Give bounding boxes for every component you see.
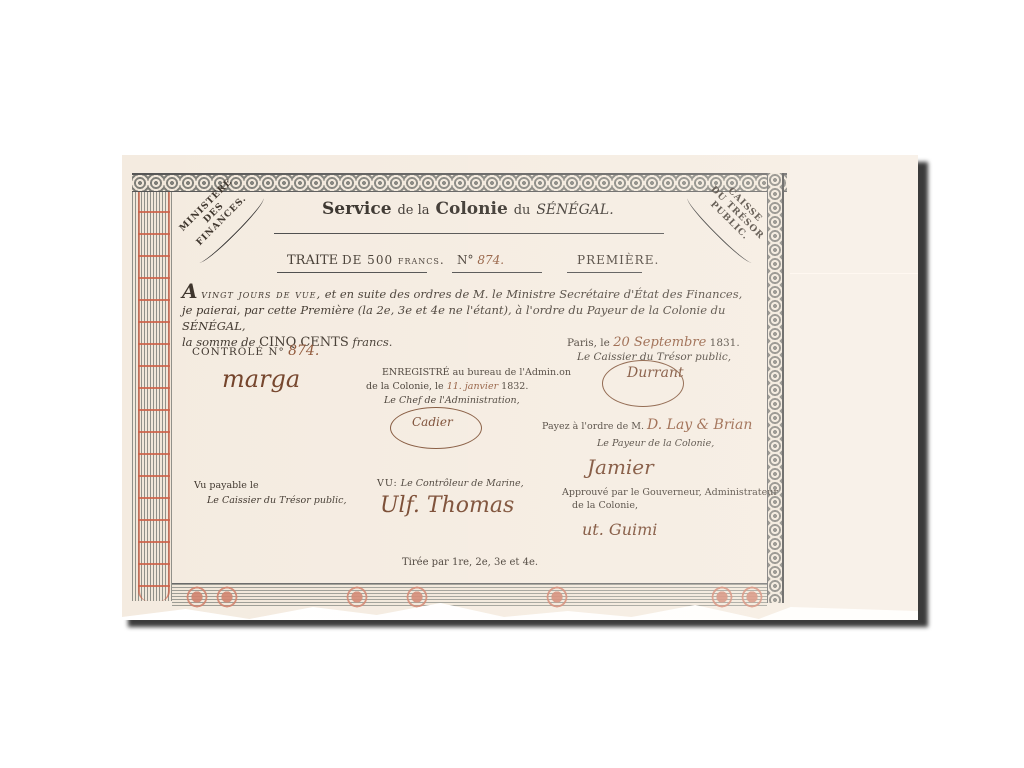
title-colonie: Colonie (435, 199, 507, 219)
signature-flourish (602, 360, 684, 407)
enregistre-year: 1832. (501, 381, 528, 392)
title-service: Service (322, 199, 392, 219)
document-title: Service de la Colonie du SÉNÉGAL. (322, 199, 614, 219)
red-counterfoil-pattern (138, 183, 170, 601)
enregistre-prefix: de la Colonie, le (366, 381, 444, 392)
left-guilloche-strip (132, 183, 172, 601)
signature-flourish (390, 407, 482, 449)
vu-prefix: VU: (377, 478, 398, 489)
rosette-icon (402, 586, 432, 608)
controleur-label: Le Contrôleur de Marine, (401, 478, 524, 489)
rule (567, 272, 642, 273)
payez-line: Payez à l'ordre de M. D. Lay & Brian (542, 417, 752, 433)
fold-line (790, 273, 918, 274)
approuve-line2: de la Colonie, (572, 500, 638, 511)
initial-letter: A (182, 279, 198, 303)
date-prefix: Paris, le (567, 337, 610, 349)
premiere-label: PREMIÈRE. (577, 253, 659, 267)
approuve-line1: Approuvé par le Gouverneur, Administrate… (562, 487, 778, 498)
signature-controle: marga (222, 365, 300, 393)
date-handwritten: 20 Septembre (613, 335, 706, 350)
payez-prefix: Payez à l'ordre de M. (542, 421, 644, 432)
tiree-line: Tirée par 1re, 2e, 3e et 4e. (402, 557, 538, 568)
paragraph-line3-post: francs. (349, 335, 393, 349)
banknote-document: MINISTÈRE DES FINANCES. CAISSE DU TRÉSOR… (122, 155, 918, 620)
paragraph-line1: et en suite des ordres de M. le Ministre… (321, 287, 742, 301)
paragraph-line1-caps: vingt jours de vue, (201, 287, 321, 301)
rosette-icon (737, 586, 767, 608)
traite-amount: TRAITE DE 500 francs. (287, 253, 445, 268)
vu-payable-line1: Vu payable le (194, 480, 259, 491)
rosette-icon (212, 586, 242, 608)
signature-controleur: Ulf. Thomas (380, 493, 514, 518)
enregistre-line2: de la Colonie, le 11. janvier 1832. (366, 381, 528, 392)
number-prefix: N° (457, 253, 474, 267)
title-du: du (514, 203, 531, 218)
title-senegal: SÉNÉGAL. (536, 202, 613, 218)
payeur-line: Le Payeur de la Colonie, (597, 438, 714, 449)
rule (452, 272, 542, 273)
traite-label: TRAITE (287, 253, 338, 268)
paragraph-line2: je paierai, par cette Première (la 2e, 3… (182, 302, 767, 334)
rosette-icon (542, 586, 572, 608)
title-rule (274, 233, 664, 234)
controle-label: CONTRÔLÉ N° (192, 346, 285, 358)
controle: CONTRÔLÉ N° 874. (192, 343, 319, 359)
enregistre-date-handwritten: 11. janvier (447, 381, 498, 392)
controle-number: 874. (288, 343, 319, 359)
signature-payeur: Jamier (587, 455, 654, 479)
rosette-icon (342, 586, 372, 608)
payee-handwritten: D. Lay & Brian (647, 417, 752, 433)
right-stub (790, 155, 918, 620)
title-de-la: de la (397, 203, 429, 218)
rosette-icon (182, 586, 212, 608)
enregistre-line1: ENREGISTRÉ au bureau de l'Admin.on (382, 367, 571, 378)
traite-denomination: DE 500 francs. (342, 253, 445, 267)
chef-administration-label: Le Chef de l'Administration, (384, 395, 520, 406)
rosette-icon (707, 586, 737, 608)
signature-gouverneur: ut. Guimi (582, 520, 657, 539)
rule (277, 272, 427, 273)
traite-number: N° 874. (457, 253, 504, 267)
bottom-guilloche-band (172, 583, 767, 606)
date-year: 1831. (710, 337, 740, 349)
vu-payable-line2: Le Caissier du Trésor public, (207, 495, 346, 506)
number-handwritten: 874. (477, 253, 504, 267)
date-line: Paris, le 20 Septembre 1831. (567, 335, 740, 350)
vu-controleur: VU: Le Contrôleur de Marine, (377, 478, 524, 489)
